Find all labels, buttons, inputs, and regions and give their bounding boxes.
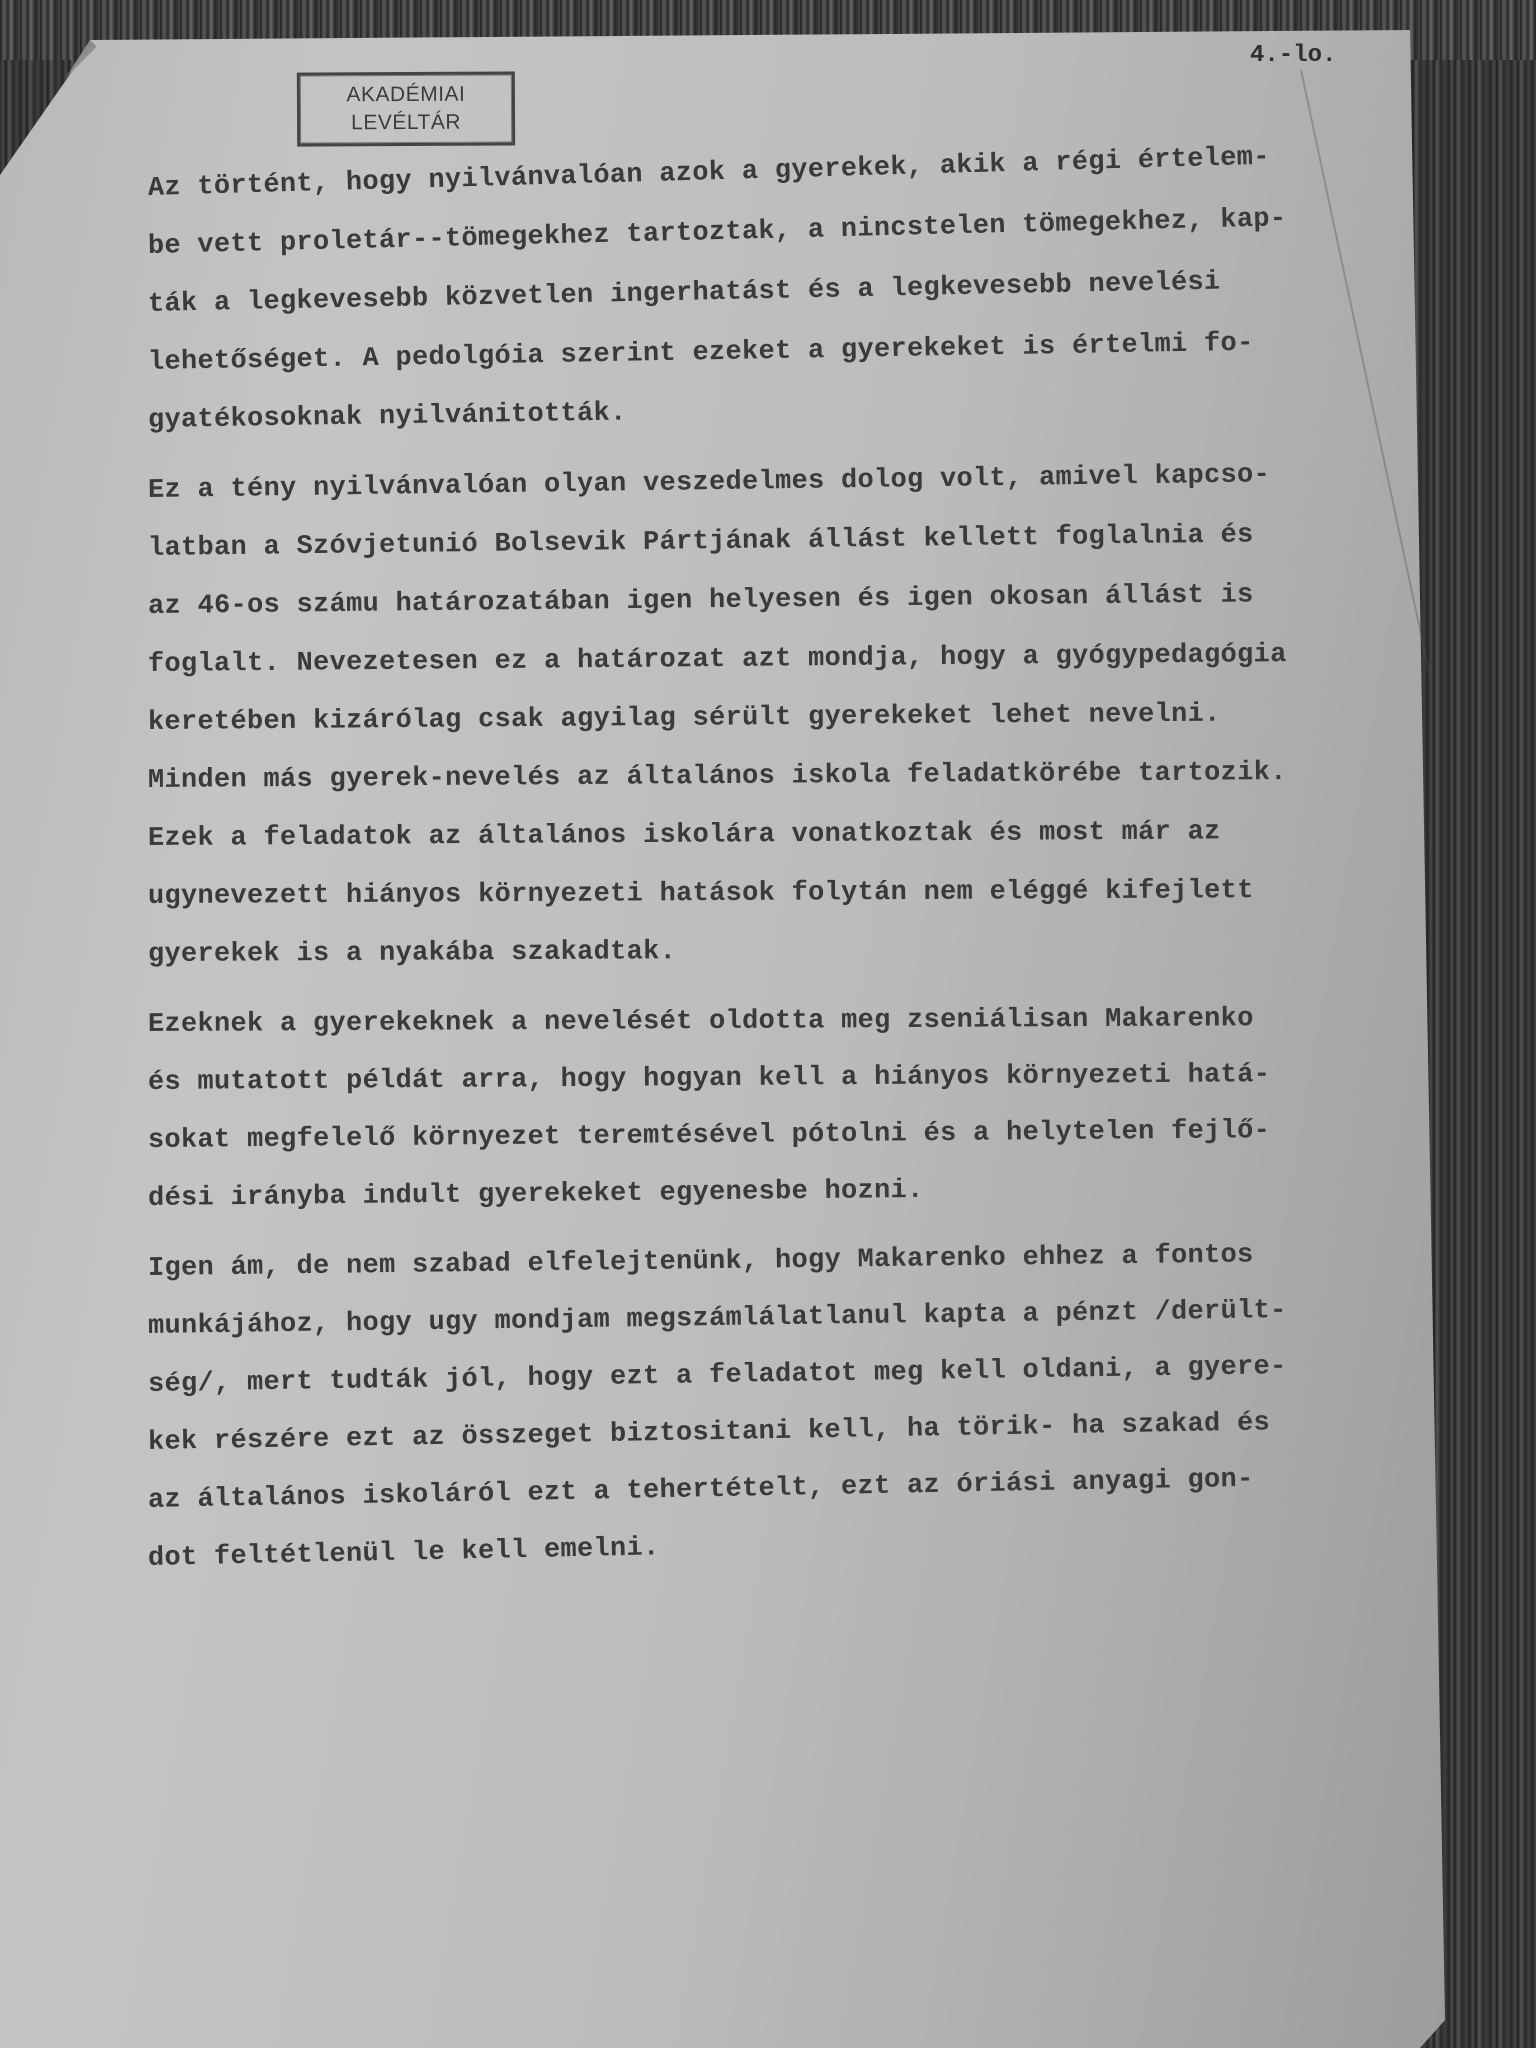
- text-line: ugynevezett hiányos környezeti hatások f…: [148, 861, 1448, 926]
- paragraph: Igen ám, de nem szabad elfelejtenünk, ho…: [148, 1240, 1448, 1588]
- text-line: Ezeknek a gyerekeknek a nevelését oldott…: [148, 989, 1448, 1054]
- text-line: az 46-os számu határozatában igen helyes…: [148, 564, 1449, 636]
- text-line: Minden más gyerek-nevelés az általános i…: [148, 743, 1448, 810]
- paragraph: Ez a tény nyilvánvalóan olyan veszedelme…: [148, 462, 1448, 984]
- text-line: foglalt. Nevezetesen ez a határozat azt …: [148, 625, 1448, 694]
- archive-stamp: AKADÉMIAI LEVÉLTÁR: [297, 71, 515, 146]
- paragraph: Az történt, hogy nyilvánvalóan azok a gy…: [148, 160, 1448, 450]
- stamp-line-2: LEVÉLTÁR: [351, 109, 461, 138]
- text-line: dési irányba indult gyerekeket egyenesbe…: [148, 1156, 1449, 1228]
- text-line: Ezek a feladatok az általános iskolára v…: [148, 802, 1448, 868]
- document-body: Az történt, hogy nyilvánvalóan azok a gy…: [148, 160, 1448, 1588]
- page-number: 4.-lo.: [1250, 42, 1336, 69]
- paragraph: Ezeknek a gyerekeknek a nevelését oldott…: [148, 996, 1448, 1228]
- stamp-line-1: AKADÉMIAI: [346, 81, 465, 110]
- text-line: keretében kizárólag csak agyilag sérült …: [148, 684, 1448, 752]
- text-line: gyerekek is a nyakába szakadtak.: [148, 919, 1448, 984]
